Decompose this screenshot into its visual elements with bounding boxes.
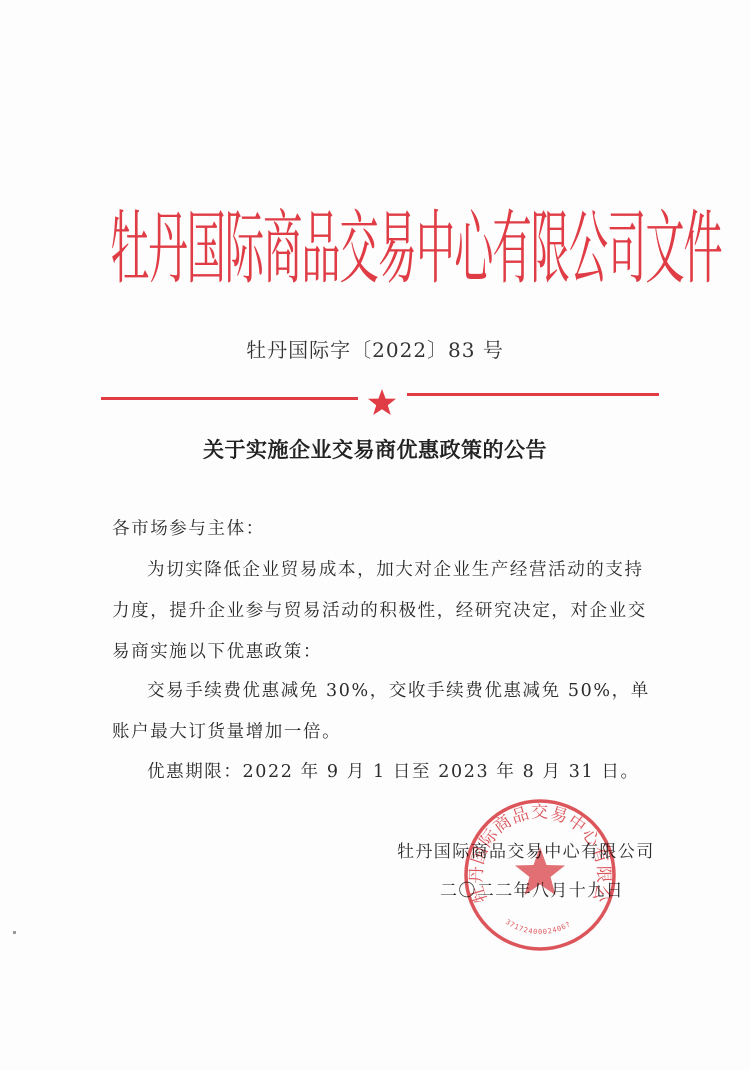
document-page: 牡丹国际商品交易中心有限公司文件 牡丹国际字〔2022〕83 号 关于实施企业交… <box>0 0 750 1070</box>
svg-text:牡丹国际商品交易中心有限公司: 牡丹国际商品交易中心有限公司 <box>460 795 613 906</box>
company-seal-icon: 牡丹国际商品交易中心有限公司 3717240002406? <box>460 795 620 955</box>
scan-speck <box>13 931 16 934</box>
divider-line-left <box>101 397 358 400</box>
announcement-subject: 关于实施企业交易商优惠政策的公告 <box>0 434 750 464</box>
paragraph-purpose: 为切实降低企业贸易成本，加大对企业生产经营活动的支持力度，提升企业参与贸易活动的… <box>112 550 652 673</box>
paragraph-policy: 交易手续费优惠减免 30%，交收手续费优惠减免 50%，单账户最大订货量增加一倍… <box>112 671 652 753</box>
divider-line-right <box>407 393 659 396</box>
document-number: 牡丹国际字〔2022〕83 号 <box>0 334 750 363</box>
seal-number: 3717240002406? <box>504 918 573 936</box>
star-icon <box>367 388 397 416</box>
salutation: 各市场参与主体： <box>112 515 652 540</box>
document-header-title: 牡丹国际商品交易中心有限公司文件 <box>104 200 664 300</box>
red-divider <box>101 388 660 410</box>
svg-text:3717240002406?: 3717240002406? <box>504 918 573 936</box>
header-title-text: 牡丹国际商品交易中心有限公司文件 <box>110 150 722 350</box>
paragraph-period: 优惠期限：2022 年 9 月 1 日至 2023 年 8 月 31 日。 <box>112 752 652 793</box>
seal-text: 牡丹国际商品交易中心有限公司 <box>460 795 613 906</box>
